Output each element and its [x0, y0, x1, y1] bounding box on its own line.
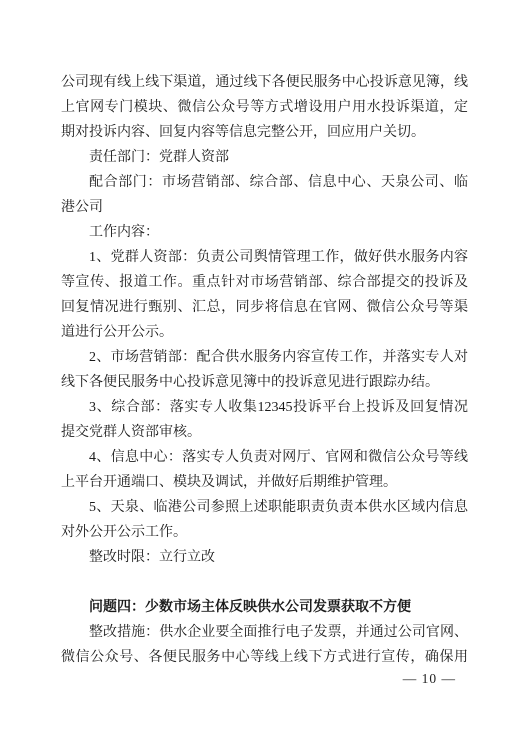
doc-line-item-4: 4、信息中心：落实专人负责对网厅、官网和微信公众号等线 [61, 445, 468, 470]
doc-line: 港公司 [61, 195, 468, 220]
page-number: — 10 — [403, 671, 456, 687]
doc-line-item-2: 2、市场营销部：配合供水服务内容宣传工作，并落实专人对 [61, 345, 468, 370]
doc-line: 期对投诉内容、回复内容等信息完整公开，回应用户关切。 [61, 120, 468, 145]
doc-line-item-5: 5、天泉、临港公司参照上述职能职责负责本供水区域内信息 [61, 495, 468, 520]
doc-line-item-3: 3、综合部：落实专人收集12345投诉平台上投诉及回复情况 [61, 395, 468, 420]
doc-line: 等宣传、报道工作。重点针对市场营销部、综合部提交的投诉及 [61, 270, 468, 295]
doc-line: 上官网专门模块、微信公众号等方式增设用户用水投诉渠道，定 [61, 95, 468, 120]
doc-line-deadline: 整改时限：立行立改 [61, 545, 468, 570]
doc-line: 回复情况进行甄别、汇总，同步将信息在官网、微信公众号等渠 [61, 295, 468, 320]
doc-line: 道进行公开公示。 [61, 320, 468, 345]
document-page: 公司现有线上线下渠道，通过线下各便民服务中心投诉意见簿，线 上官网专门模块、微信… [0, 0, 526, 733]
doc-line: 提交党群人资部审核。 [61, 420, 468, 445]
doc-line-item-1: 1、党群人资部：负责公司舆情管理工作，做好供水服务内容 [61, 245, 468, 270]
blank-line [61, 570, 468, 595]
doc-line: 线下各便民服务中心投诉意见簿中的投诉意见进行跟踪办结。 [61, 370, 468, 395]
doc-line: 上平台开通端口、模块及调试，并做好后期维护管理。 [61, 470, 468, 495]
document-body: 公司现有线上线下渠道，通过线下各便民服务中心投诉意见簿，线 上官网专门模块、微信… [61, 70, 468, 670]
doc-line-cooperating-dept: 配合部门：市场营销部、综合部、信息中心、天泉公司、临 [61, 170, 468, 195]
doc-line-work-content-label: 工作内容： [61, 220, 468, 245]
doc-heading-problem-4: 问题四：少数市场主体反映供水公司发票获取不方便 [61, 595, 468, 620]
doc-line-measures: 整改措施：供水企业要全面推行电子发票，并通过公司官网、 [61, 620, 468, 645]
doc-line: 对外公开公示工作。 [61, 520, 468, 545]
doc-line-responsible-dept: 责任部门：党群人资部 [61, 145, 468, 170]
doc-line-paragraph-continuation: 公司现有线上线下渠道，通过线下各便民服务中心投诉意见簿，线 [61, 70, 468, 95]
doc-line: 微信公众号、各便民服务中心等线上线下方式进行宣传，确保用 [61, 645, 468, 670]
